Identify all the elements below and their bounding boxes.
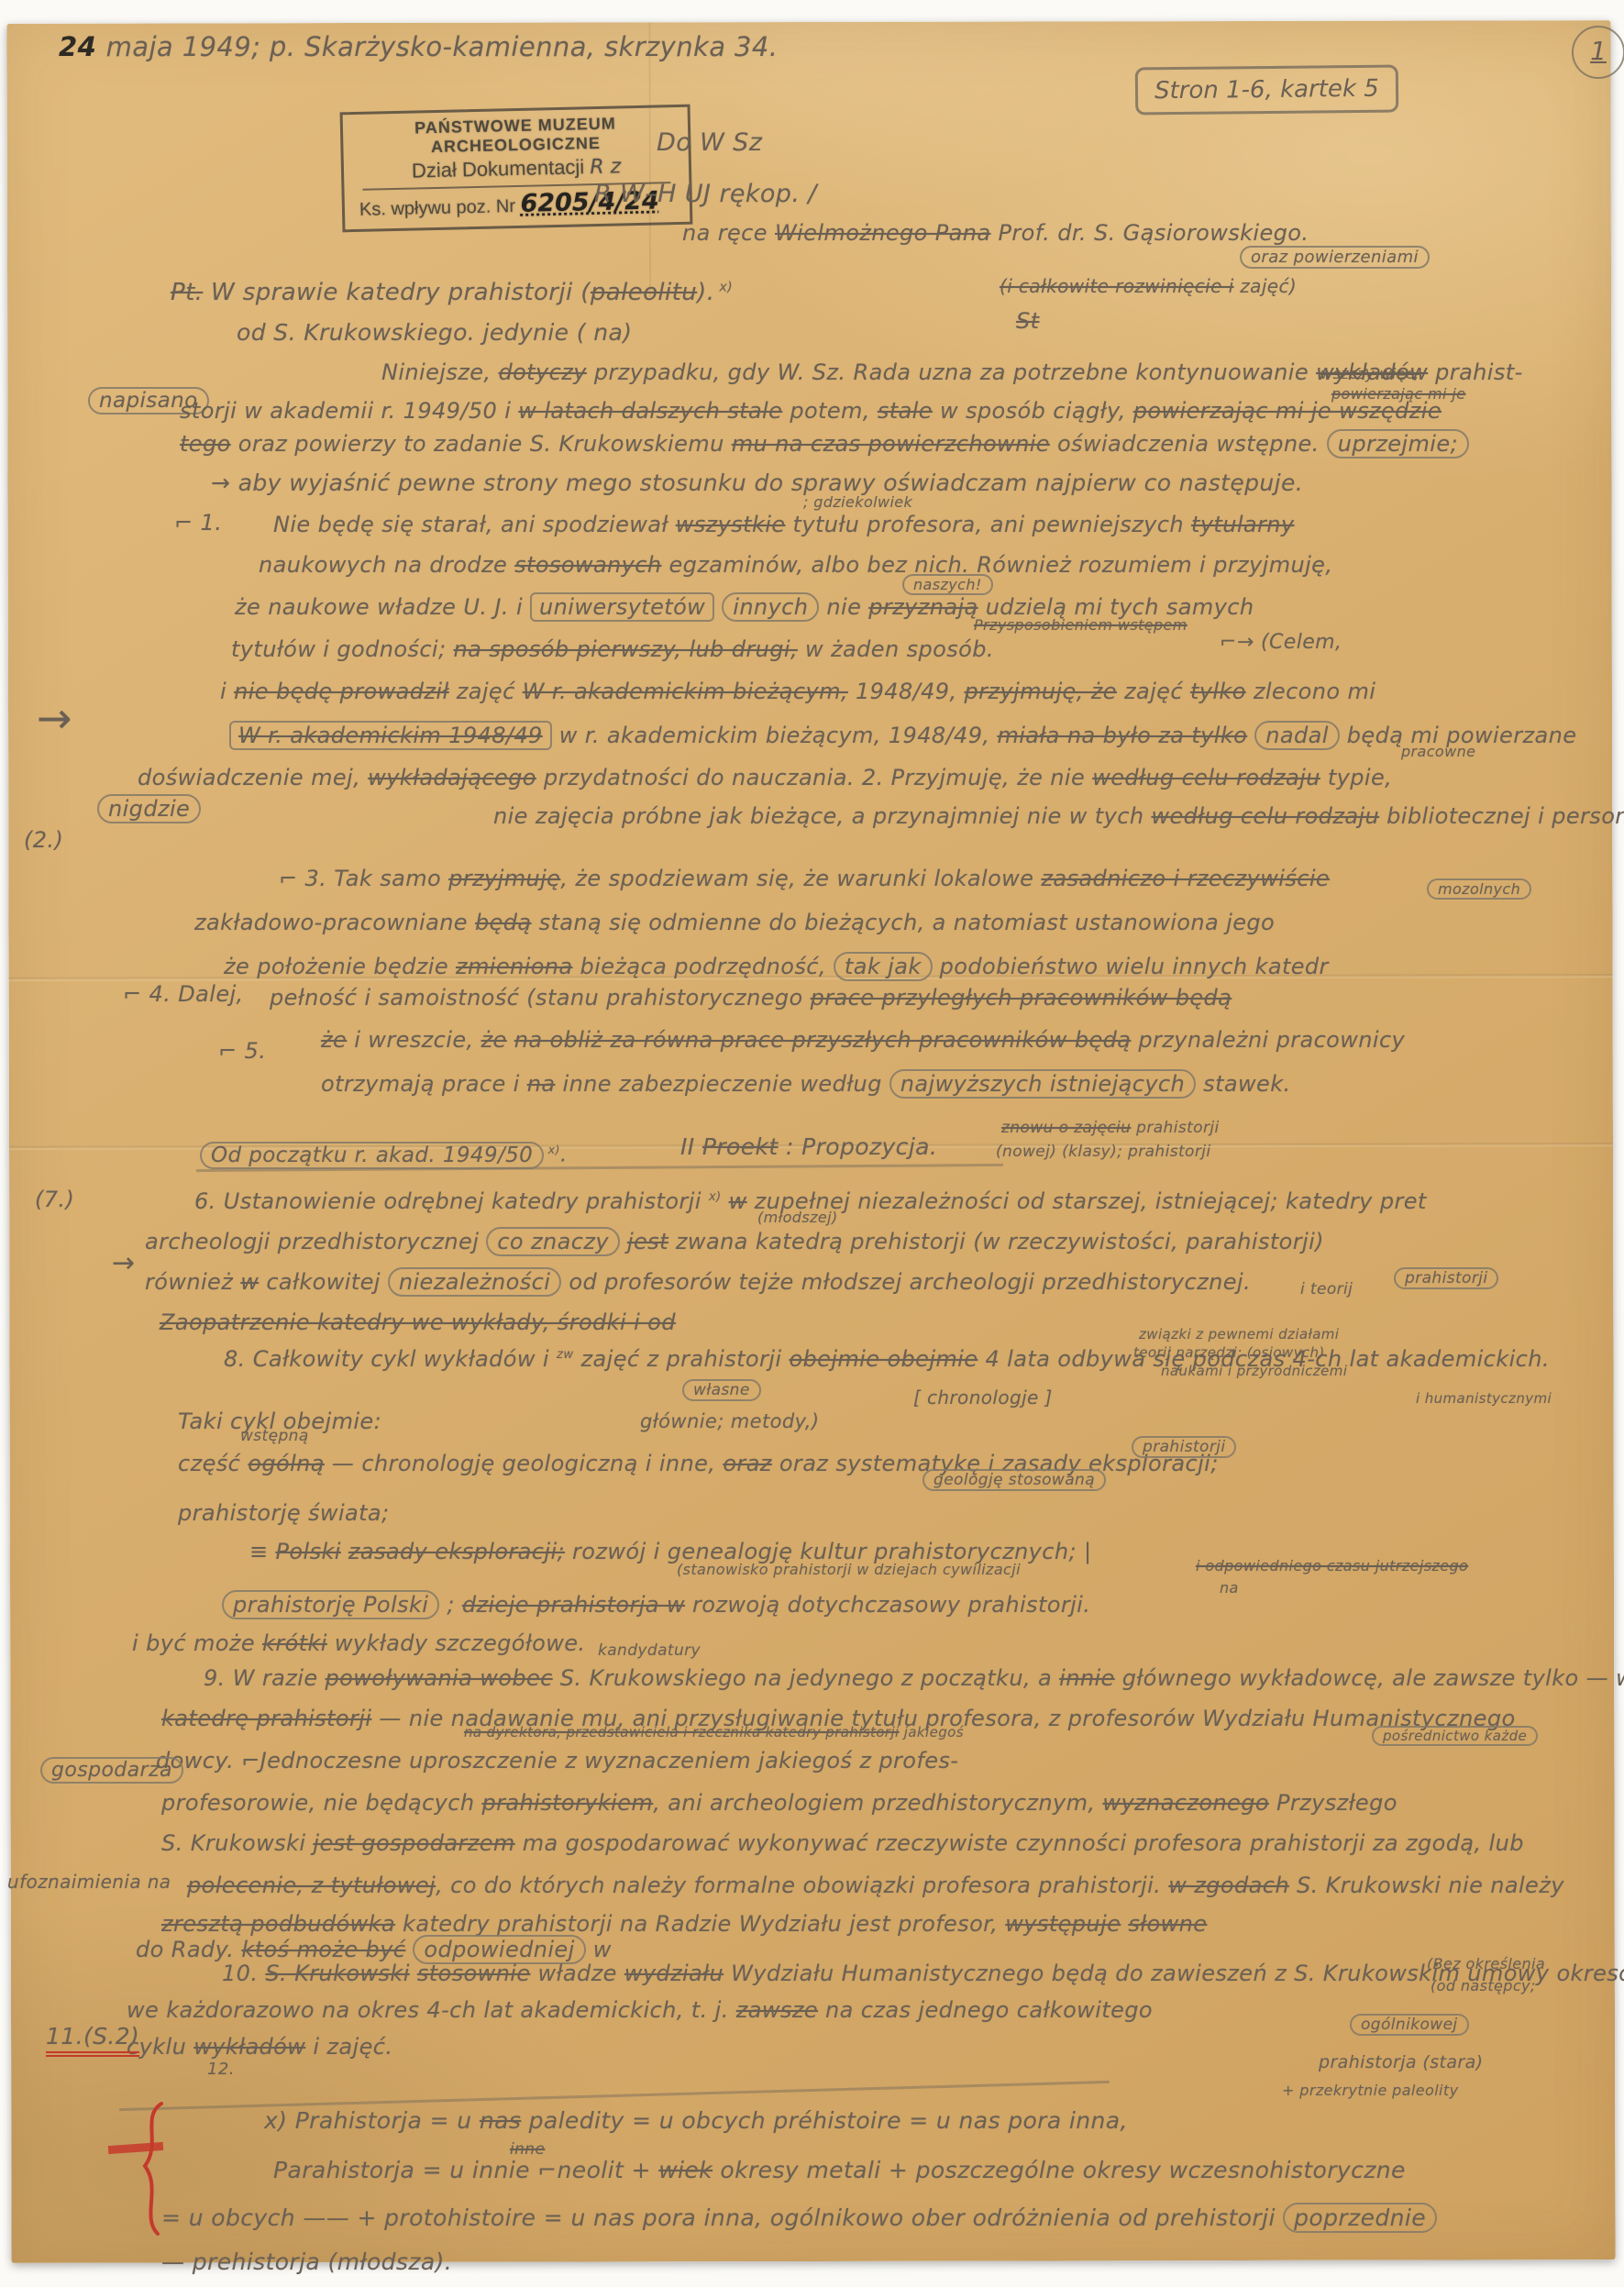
- handwritten-segment: tylko: [1190, 679, 1246, 704]
- handwritten-line: S. Krukowski jest gospodarzem ma gospoda…: [161, 1830, 1524, 1856]
- handwritten-segment: II: [680, 1133, 702, 1160]
- handwritten-segment: 1948/49,: [848, 679, 965, 704]
- handwritten-line: 24 maja 1949; p. Skarżysko-kamienna, skr…: [59, 31, 778, 62]
- handwritten-segment: S. Krukowski: [161, 1830, 313, 1856]
- handwritten-segment: [620, 1229, 627, 1254]
- handwritten-line: otrzymają prace i na inne zabezpieczenie…: [321, 1071, 1291, 1097]
- handwritten-segment: dowcy. ⌐Jednoczesne uproszczenie z wyzna…: [156, 1748, 958, 1773]
- handwritten-line: doświadczenie mej, wykładającego przydat…: [138, 765, 1392, 790]
- handwritten-segment: S. Krukowski: [265, 1961, 409, 1986]
- handwritten-line: naukowych na drodze stosowanych egzaminó…: [259, 552, 1332, 578]
- handwritten-segment: i teorij: [1300, 1280, 1353, 1298]
- handwritten-segment: zajęć: [1117, 679, 1190, 704]
- handwritten-segment: zupełnej niezależności od starszej, istn…: [747, 1188, 1427, 1214]
- handwritten-segment: wyznaczonego: [1102, 1790, 1269, 1816]
- handwritten-segment: całkowitej: [259, 1269, 388, 1295]
- handwritten-line: polecenie, z tytułowej, co do których na…: [187, 1873, 1564, 1898]
- handwritten-segment: jakiegoś: [900, 1724, 964, 1740]
- handwritten-segment: (Bez określenia: [1427, 1955, 1545, 1972]
- handwritten-segment: Od początku r. akad. 1949/50: [200, 1142, 544, 1169]
- handwritten-segment: od S. Krukowskiego.: [237, 319, 475, 346]
- handwritten-segment: (7.): [35, 1187, 74, 1212]
- handwritten-segment: 24: [59, 31, 106, 62]
- handwritten-segment: ⌐→ (Celem,: [1220, 631, 1342, 654]
- handwritten-segment: stale: [878, 398, 933, 424]
- handwritten-segment: typie,: [1320, 765, 1392, 790]
- handwritten-segment: w latach dalszych stale: [518, 398, 782, 424]
- handwritten-segment: uprzejmie;: [1327, 429, 1469, 459]
- handwritten-line: prahistorji: [1394, 1269, 1498, 1287]
- handwritten-segment: przypadku, gdy W. Sz. Rada uzna za potrz…: [587, 359, 1316, 385]
- handwritten-segment: prahistorji: [1394, 1267, 1498, 1289]
- handwritten-segment: stosowanych: [514, 552, 661, 578]
- handwritten-segment: (od następcy;: [1431, 1977, 1536, 1994]
- handwritten-segment: (młodszej): [757, 1209, 838, 1226]
- handwritten-segment: paleolitu: [591, 279, 697, 306]
- handwritten-segment: tego: [180, 431, 231, 457]
- handwritten-line: Do W Sz: [657, 128, 762, 157]
- handwritten-segment: przyjmuję: [448, 866, 560, 891]
- handwritten-segment: przynależni pracownicy: [1131, 1027, 1405, 1053]
- handwritten-segment: dotyczy: [498, 359, 586, 385]
- handwritten-segment: według celu rodzaju: [1092, 765, 1320, 790]
- handwritten-segment: 12.: [207, 2060, 235, 2079]
- handwritten-segment: zasady eksploracji;: [348, 1539, 565, 1564]
- handwritten-line: zresztą podbudówka katedry prahistorji n…: [161, 1911, 1207, 1937]
- handwritten-segment: że: [321, 1027, 347, 1053]
- handwritten-segment: wykładającego: [368, 765, 536, 790]
- handwritten-segment: powierzając mi je wszędzie: [1133, 398, 1442, 424]
- handwritten-segment: bieżąca podrzędność,: [573, 954, 834, 979]
- handwritten-segment: inne: [510, 2140, 545, 2159]
- handwritten-segment: stawek.: [1196, 1071, 1290, 1097]
- handwritten-segment: na: [1220, 1579, 1239, 1596]
- handwritten-segment: ogólną: [248, 1451, 325, 1476]
- handwritten-line: wszczy więc,: [1320, 365, 1420, 382]
- handwritten-line: prahistorję świata;: [178, 1500, 390, 1526]
- handwritten-line: oraz powierzeniami: [1240, 248, 1430, 267]
- handwritten-segment: zresztą podbudówka: [161, 1911, 395, 1937]
- handwritten-line: nigdzie: [97, 796, 201, 822]
- handwritten-segment: 9. W razie: [204, 1665, 326, 1691]
- handwritten-segment: że położenie będzie: [224, 954, 456, 979]
- handwritten-line: naszych!: [902, 576, 993, 593]
- handwritten-segment: przyjmuję, że: [965, 679, 1117, 704]
- handwritten-segment: inne zabezpieczenie według: [555, 1071, 889, 1097]
- handwritten-segment: (stanowisko prahistorji w dziejach cywil…: [677, 1561, 1021, 1578]
- handwritten-line: pracowne: [1401, 743, 1475, 760]
- handwritten-segment: archeologji przedhistorycznej: [145, 1229, 486, 1254]
- handwritten-segment: część: [178, 1451, 248, 1476]
- handwritten-segment: jedynie ( na): [475, 319, 632, 346]
- handwritten-segment: zajęć): [1234, 275, 1298, 297]
- handwritten-line: = u obcych —— + protohistoire = u nas po…: [161, 2204, 1437, 2231]
- handwritten-line: gospodarza: [40, 1759, 183, 1782]
- handwritten-line: wstępną: [240, 1427, 309, 1445]
- handwritten-segment: do Rady.: [136, 1937, 241, 1962]
- handwritten-line: prahistorja (stara): [1319, 2052, 1483, 2072]
- handwritten-segment: prahist-: [1428, 359, 1523, 385]
- handwritten-segment: miała na było za tylko: [997, 723, 1247, 748]
- handwritten-line: 8. Całkowity cykl wykładów i zw zajęć z …: [224, 1346, 1550, 1372]
- handwritten-segment: S. Krukowski nie należy: [1289, 1873, 1564, 1898]
- handwritten-segment: prahistorję świata;: [178, 1500, 390, 1526]
- handwritten-segment: ma gospodarować wykonywać rzeczywiste cz…: [515, 1830, 1524, 1856]
- handwritten-segment: słowne: [1128, 1911, 1207, 1937]
- handwritten-segment: wykłady szczegółowe.: [327, 1630, 586, 1656]
- handwritten-segment: przyznają: [868, 594, 978, 620]
- handwritten-segment: x): [544, 1143, 560, 1156]
- handwritten-segment: Do W Sz: [657, 128, 762, 157]
- handwritten-line: [ chronologje ]: [913, 1387, 1053, 1409]
- handwritten-segment: [341, 1539, 348, 1564]
- handwritten-line: ⌐ 3. Tak samo przyjmuję, że spodziewam s…: [279, 866, 1330, 891]
- handwritten-line: (od następcy;: [1431, 1977, 1536, 1994]
- handwritten-line: i humanistycznymi: [1416, 1390, 1552, 1407]
- handwritten-segment: co znaczy: [486, 1227, 620, 1256]
- handwritten-segment: oraz: [723, 1451, 771, 1476]
- handwritten-segment: i być może: [132, 1630, 262, 1656]
- handwritten-segment: według celu rodzaju: [1151, 803, 1379, 829]
- handwritten-segment: geologję stosowaną: [922, 1469, 1106, 1491]
- handwritten-segment: zajęć: [449, 679, 523, 704]
- handwritten-line: pośrednictwo każde: [1372, 1728, 1538, 1744]
- handwritten-segment: zwana katedrą prehistorji (w rzeczywisto…: [668, 1229, 1324, 1254]
- handwritten-line: że i wreszcie, że na obliż za równa prac…: [321, 1027, 1405, 1053]
- handwritten-segment: władze: [531, 1961, 624, 1986]
- handwritten-segment: w r. akademickim bieżącym, 1948/49,: [552, 723, 998, 748]
- handwritten-line: →: [112, 1247, 136, 1279]
- handwritten-segment: jest gospodarzem: [313, 1830, 514, 1856]
- page-number: 1: [1572, 26, 1624, 79]
- handwritten-segment: nigdzie: [97, 794, 201, 823]
- handwritten-segment: we każdorazowo na okres 4-ch lat akademi…: [127, 1997, 736, 2023]
- stamp-handwritten-initials: R z: [590, 155, 621, 179]
- handwritten-segment: oraz powierzeniami: [1240, 246, 1430, 269]
- handwritten-segment: →: [112, 1247, 136, 1279]
- handwritten-line: tego oraz powierzy to zadanie S. Krukows…: [180, 431, 1469, 457]
- handwritten-segment: storji w akademii r. 1949/50 i: [180, 398, 518, 424]
- handwritten-segment: nie zajęcia próbne jak bieżące, a przyna…: [493, 803, 1151, 829]
- handwritten-line: od S. Krukowskiego. jedynie ( na): [237, 319, 632, 346]
- handwritten-segment: nadal: [1254, 721, 1340, 750]
- handwritten-segment: niezależności: [388, 1267, 561, 1297]
- handwritten-line: (i całkowite rozwinięcie i zajęć): [1000, 275, 1297, 297]
- handwritten-line: Pt. W sprawie katedry prahistorji (paleo…: [171, 279, 733, 306]
- stamp-register-label: Ks. wpływu poz. Nr: [359, 196, 516, 220]
- handwritten-segment: egzaminów, albo bez nich. Również rozumi…: [661, 552, 1332, 578]
- handwritten-segment: maja 1949; p. Skarżysko-kamienna, skrzyn…: [106, 31, 779, 62]
- handwritten-segment: zakładowo-pracowniane: [194, 910, 475, 935]
- handwritten-segment: + przekrytnie paleolity: [1282, 2082, 1458, 2099]
- handwritten-segment: w: [729, 1188, 747, 1214]
- handwritten-segment: ;: [439, 1592, 462, 1618]
- handwritten-segment: ; gdziekolwiek: [803, 493, 912, 511]
- handwritten-segment: zasadniczo i rzeczywiście: [1041, 866, 1330, 891]
- handwritten-segment: — prehistorja (młodsza).: [161, 2248, 452, 2275]
- handwritten-segment: w zgodach: [1168, 1873, 1289, 1898]
- handwritten-line: ⌐ 5.: [218, 1038, 266, 1064]
- handwritten-segment: tak jak: [834, 952, 933, 981]
- handwritten-line: profesorowie, nie będących prahistorykie…: [161, 1790, 1398, 1816]
- handwritten-segment: że naukowe władze U. J. i: [235, 594, 530, 620]
- handwritten-segment: [410, 1961, 417, 1986]
- handwritten-line: R W–H UJ rękop. /: [594, 180, 817, 208]
- handwritten-segment: katedry prahistorji na Radzie Wydziału j…: [395, 1911, 1005, 1937]
- handwritten-segment: podobieństwo wielu innych katedr: [933, 954, 1329, 979]
- handwritten-segment: (i całkowite rozwinięcie i: [1000, 275, 1234, 297]
- handwritten-segment: na czas jednego całkowitego: [818, 1997, 1153, 2023]
- handwritten-segment: prahistorja (stara): [1319, 2052, 1483, 2072]
- handwritten-segment: na: [527, 1071, 556, 1097]
- handwritten-segment: na ręce: [682, 220, 775, 246]
- handwritten-segment: Nie będę się starał, ani spodziewał: [273, 512, 676, 537]
- handwritten-line: własne: [682, 1381, 761, 1399]
- handwritten-segment: profesorowie, nie będących: [161, 1790, 482, 1816]
- handwritten-segment: teorij narzędzi; (osiowych): [1133, 1344, 1325, 1361]
- handwritten-segment: staną się odmienne do bieżących, a natom…: [532, 910, 1276, 935]
- handwritten-segment: katedrę prahistorji: [161, 1706, 371, 1731]
- handwritten-segment: oświadczenia wstępne.: [1050, 431, 1327, 457]
- handwritten-segment: wykładów: [193, 2034, 305, 2060]
- handwritten-segment: Przysposobieniem wstępem: [974, 616, 1188, 634]
- handwritten-line: pełność i samoistność (stanu prahistoryc…: [270, 985, 1232, 1011]
- handwritten-line: II Proekt : Propozycja.: [680, 1133, 937, 1160]
- handwritten-segment: ktoś może być: [241, 1937, 405, 1962]
- handwritten-segment: innie: [1059, 1665, 1115, 1691]
- handwritten-segment: kandydatury: [598, 1641, 701, 1660]
- handwritten-segment: najwyższych istniejących: [889, 1069, 1196, 1099]
- handwritten-segment: powoływania wobec: [326, 1665, 553, 1691]
- handwritten-segment: otrzymają prace i: [321, 1071, 527, 1097]
- handwritten-segment: na obliż za równa prace przyszłych praco…: [514, 1027, 1132, 1053]
- handwritten-line: głównie; metody,): [640, 1410, 819, 1432]
- handwritten-segment: [507, 1027, 514, 1053]
- handwritten-segment: zajęć z prahistorji: [574, 1346, 790, 1372]
- handwritten-segment: wszystkie: [676, 512, 786, 537]
- handwritten-segment: (nowej) (klasy); prahistorji: [996, 1143, 1210, 1161]
- handwritten-segment: doświadczenie mej,: [138, 765, 368, 790]
- handwritten-segment: ≡: [249, 1539, 276, 1564]
- handwritten-line: i teorij: [1300, 1280, 1353, 1298]
- handwritten-line: — prehistorja (młodsza).: [161, 2248, 452, 2275]
- handwritten-segment: Wielmożnego Pana: [775, 220, 991, 246]
- handwritten-line: (stanowisko prahistorji w dziejach cywil…: [677, 1561, 1021, 1578]
- handwritten-line: geologję stosowaną: [922, 1471, 1106, 1489]
- handwritten-segment: również: [145, 1269, 240, 1295]
- handwritten-segment: (2.): [24, 827, 63, 853]
- handwritten-segment: W sprawie katedry prahistorji (: [203, 279, 591, 306]
- handwritten-segment: polecenie, z tytułowej: [187, 1873, 436, 1898]
- handwritten-line: ⌐ 1.: [174, 510, 222, 536]
- handwritten-line: związki z pewnemi działami: [1139, 1326, 1339, 1342]
- handwritten-line: i być może krótki wykłady szczegółowe.: [132, 1630, 585, 1656]
- handwritten-line: Parahistorja = u innie ⌐neolit + wiek ok…: [273, 2157, 1406, 2183]
- handwritten-segment: [ chronologje ]: [913, 1387, 1053, 1409]
- handwritten-line: Od początku r. akad. 1949/50 x).: [200, 1143, 568, 1167]
- handwritten-line: inne: [510, 2140, 545, 2159]
- handwritten-line: nie zajęcia próbne jak bieżące, a przyna…: [493, 803, 1624, 829]
- handwritten-segment: →: [37, 693, 72, 743]
- handwritten-line: archeologji przedhistorycznej co znaczy …: [145, 1229, 1324, 1254]
- handwritten-line: kandydatury: [598, 1641, 701, 1660]
- handwritten-segment: ).: [697, 279, 714, 306]
- handwritten-line: mozolnych: [1427, 880, 1531, 898]
- handwritten-line: ; gdziekolwiek: [803, 493, 912, 511]
- handwritten-segment: prahistorykiem: [482, 1790, 654, 1816]
- handwritten-line: Nie będę się starał, ani spodziewał wszy…: [273, 512, 1295, 537]
- handwritten-segment: ⌐ 4. Dalej,: [123, 981, 244, 1007]
- handwritten-line: (Bez określenia: [1427, 1955, 1545, 1972]
- handwritten-line: naukami i przyrodniczemi: [1161, 1363, 1347, 1379]
- handwritten-segment: .: [560, 1143, 568, 1167]
- handwritten-segment: 6. Ustanowienie odrębnej katedry prahist…: [194, 1188, 709, 1214]
- handwritten-line: x) Prahistorja = u nas paledity = u obcy…: [264, 2107, 1128, 2134]
- handwritten-line: i nie będę prowadził zajęć W r. akademic…: [220, 679, 1375, 704]
- handwritten-segment: wstępną: [240, 1427, 309, 1445]
- handwritten-line: 9. W razie powoływania wobec S. Krukowsk…: [204, 1665, 1624, 1691]
- handwritten-segment: prace przyległych pracowników będą: [811, 985, 1232, 1011]
- handwritten-line: również w całkowitej niezależności od pr…: [145, 1269, 1251, 1295]
- handwritten-segment: jest: [627, 1229, 668, 1254]
- handwritten-segment: gospodarza: [40, 1757, 183, 1784]
- handwritten-line: ⌐→ (Celem,: [1220, 631, 1342, 654]
- handwritten-segment: S. Krukowskiego na jedynego z początku, …: [553, 1665, 1059, 1691]
- handwritten-line: 11.(S.2): [46, 2023, 139, 2049]
- handwritten-segment: okresy metali + poszczególne okresy wcze…: [713, 2157, 1406, 2183]
- handwritten-segment: tytułów i godności;: [231, 636, 454, 662]
- handwritten-line: że położenie będzie zmieniona bieżąca po…: [224, 954, 1329, 979]
- museum-stamp: Państwowe Muzeum Archeologiczne Dział Do…: [340, 105, 693, 233]
- handwritten-line: teorij narzędzi; (osiowych): [1133, 1344, 1325, 1361]
- handwritten-line: (nowej) (klasy); prahistorji: [996, 1143, 1210, 1161]
- handwritten-line: na dyrektora, przedstawiciela i rzecznik…: [464, 1724, 964, 1740]
- handwritten-line: W r. akademickim 1948/49 w r. akademicki…: [229, 723, 1576, 748]
- handwritten-segment: stosownie: [417, 1961, 531, 1986]
- handwritten-segment: ⌐ 5.: [218, 1038, 266, 1064]
- handwritten-line: → aby wyjaśnić pewne strony mego stosunk…: [211, 470, 1303, 496]
- handwritten-segment: krótki: [262, 1630, 327, 1656]
- handwritten-segment: zlecono mi: [1246, 679, 1376, 704]
- handwritten-segment: naukami i przyrodniczemi: [1161, 1363, 1347, 1379]
- scanned-page: Państwowe Muzeum Archeologiczne Dział Do…: [0, 0, 1624, 2287]
- handwritten-segment: — chronologję geologiczną i inne,: [325, 1451, 723, 1476]
- handwritten-segment: i wreszcie,: [347, 1027, 481, 1053]
- handwritten-segment: i: [220, 679, 234, 704]
- handwritten-segment: innych: [722, 592, 819, 622]
- handwritten-segment: x): [714, 280, 733, 294]
- handwritten-segment: że: [481, 1027, 507, 1053]
- handwritten-segment: poprzednie: [1283, 2203, 1437, 2233]
- handwritten-segment: R W–H UJ rękop. /: [594, 180, 817, 208]
- handwritten-segment: 8. Całkowity cykl wykładów i: [224, 1346, 557, 1372]
- handwritten-segment: głównego wykładowcę, ale zawsze tylko — …: [1115, 1665, 1624, 1691]
- handwritten-segment: pełność i samoistność: [270, 985, 526, 1011]
- handwritten-line: i odpowiedniego czasu jutrzejszego: [1196, 1557, 1468, 1574]
- handwritten-segment: rozwoją dotychczasowy prahistorji.: [685, 1592, 1090, 1618]
- handwritten-line: znowu o zajęciu prahistorji: [1001, 1119, 1220, 1137]
- handwritten-segment: w: [240, 1269, 259, 1295]
- handwritten-segment: związki z pewnemi działami: [1139, 1326, 1339, 1342]
- handwritten-segment: pracowne: [1401, 743, 1475, 760]
- handwritten-segment: naszych!: [902, 574, 993, 595]
- handwritten-segment: , co do których należy formalne obowiązk…: [436, 1873, 1168, 1898]
- handwritten-segment: Niniejsze,: [381, 359, 498, 385]
- handwritten-segment: na sposób pierwszy, lub drugi,: [454, 636, 798, 662]
- handwritten-segment: naukowych na drodze: [259, 552, 514, 578]
- handwritten-segment: prahistorji: [1131, 1119, 1219, 1137]
- handwritten-segment: obejmie obejmie: [789, 1346, 978, 1372]
- handwritten-line: Zaopatrzenie katedry we wykłady, środki …: [160, 1309, 676, 1335]
- handwritten-segment: W r. akademickim bieżącym,: [523, 679, 848, 704]
- handwritten-segment: → aby wyjaśnić pewne strony mego stosunk…: [211, 470, 1303, 496]
- handwritten-line: dowcy. ⌐Jednoczesne uproszczenie z wyzna…: [156, 1748, 958, 1773]
- handwritten-segment: występuje: [1005, 1911, 1121, 1937]
- handwritten-segment: ufoznaimienia na: [7, 1871, 171, 1893]
- handwritten-segment: oraz powierzy to zadanie S. Krukowskiemu: [231, 431, 732, 457]
- handwritten-segment: [722, 1188, 729, 1214]
- handwritten-line: prahistorję Polski ; dzieje prahistorja …: [222, 1592, 1090, 1618]
- handwritten-line: tytułów i godności; na sposób pierwszy, …: [231, 636, 994, 662]
- handwritten-segment: w żaden sposób.: [798, 636, 994, 662]
- handwritten-line: →: [37, 693, 72, 743]
- handwritten-line: na ręce Wielmożnego Pana Prof. dr. S. Gą…: [682, 220, 1309, 246]
- handwritten-segment: nie: [819, 594, 868, 620]
- handwritten-line: ⌐ 4. Dalej,: [123, 981, 244, 1007]
- handwritten-segment: mu na czas powierzchownie: [732, 431, 1050, 457]
- handwritten-segment: wydziału: [624, 1961, 724, 1986]
- handwritten-line: do Rady. ktoś może być odpowiedniej w: [136, 1937, 612, 1962]
- handwritten-segment: prahistorji: [1132, 1436, 1236, 1458]
- handwritten-segment: bibliotecznej i personalnej, t. j.: [1379, 803, 1624, 829]
- handwritten-line: zakładowo-pracowniane będą staną się odm…: [194, 910, 1275, 935]
- handwritten-line: cyklu wykładów i zajęć.: [127, 2034, 392, 2060]
- handwritten-segment: paledity = u obcych préhistoire = u nas …: [521, 2107, 1128, 2134]
- handwritten-segment: , że spodziewam się, że warunki lokalowe: [560, 866, 1041, 891]
- handwritten-segment: w sposób ciągły,: [933, 398, 1133, 424]
- handwritten-segment: 10.: [222, 1961, 265, 1986]
- handwritten-segment: znowu o zajęciu: [1001, 1119, 1131, 1137]
- handwritten-segment: pośrednictwo każde: [1372, 1726, 1538, 1746]
- handwritten-segment: przydatności do nauczania. 2. Przyjmuję,…: [536, 765, 1092, 790]
- handwritten-segment: i humanistycznymi: [1416, 1390, 1552, 1407]
- handwritten-segment: x) Prahistorja = u: [264, 2107, 480, 2134]
- handwritten-segment: mozolnych: [1427, 878, 1531, 900]
- handwritten-segment: zawsze: [736, 1997, 818, 2023]
- handwritten-segment: Prof. dr. S. Gąsiorowskiego.: [991, 220, 1309, 246]
- handwritten-segment: Proekt: [702, 1133, 779, 1160]
- handwritten-segment: zw: [557, 1348, 574, 1362]
- pages-count-note: Stron 1-6, kartek 5: [1135, 64, 1398, 115]
- handwritten-line: na: [1220, 1579, 1239, 1596]
- handwritten-line: (młodszej): [757, 1209, 838, 1226]
- handwritten-segment: na dyrektora, przedstawiciela i rzecznik…: [464, 1724, 900, 1740]
- stamp-department-label: Dział Dokumentacji: [412, 155, 585, 182]
- handwritten-line: 12.: [207, 2060, 235, 2079]
- handwritten-line: (7.): [35, 1187, 74, 1212]
- handwritten-line: (2.): [24, 827, 63, 853]
- handwritten-line: St: [1016, 308, 1039, 334]
- handwritten-segment: głównie; metody,): [640, 1410, 819, 1432]
- handwritten-segment: ⌐ 3. Tak samo: [279, 866, 448, 891]
- handwritten-segment: = u obcych —— + protohistoire = u nas po…: [161, 2204, 1283, 2231]
- handwritten-line: Przysposobieniem wstępem: [974, 616, 1188, 634]
- handwritten-segment: tytularny: [1191, 512, 1295, 537]
- handwritten-segment: od profesorów tejże młodszej archeologji…: [561, 1269, 1251, 1295]
- handwritten-segment: x): [709, 1190, 722, 1204]
- handwritten-segment: Pt.: [171, 279, 203, 306]
- handwritten-segment: W r. akademickim 1948/49: [229, 721, 552, 750]
